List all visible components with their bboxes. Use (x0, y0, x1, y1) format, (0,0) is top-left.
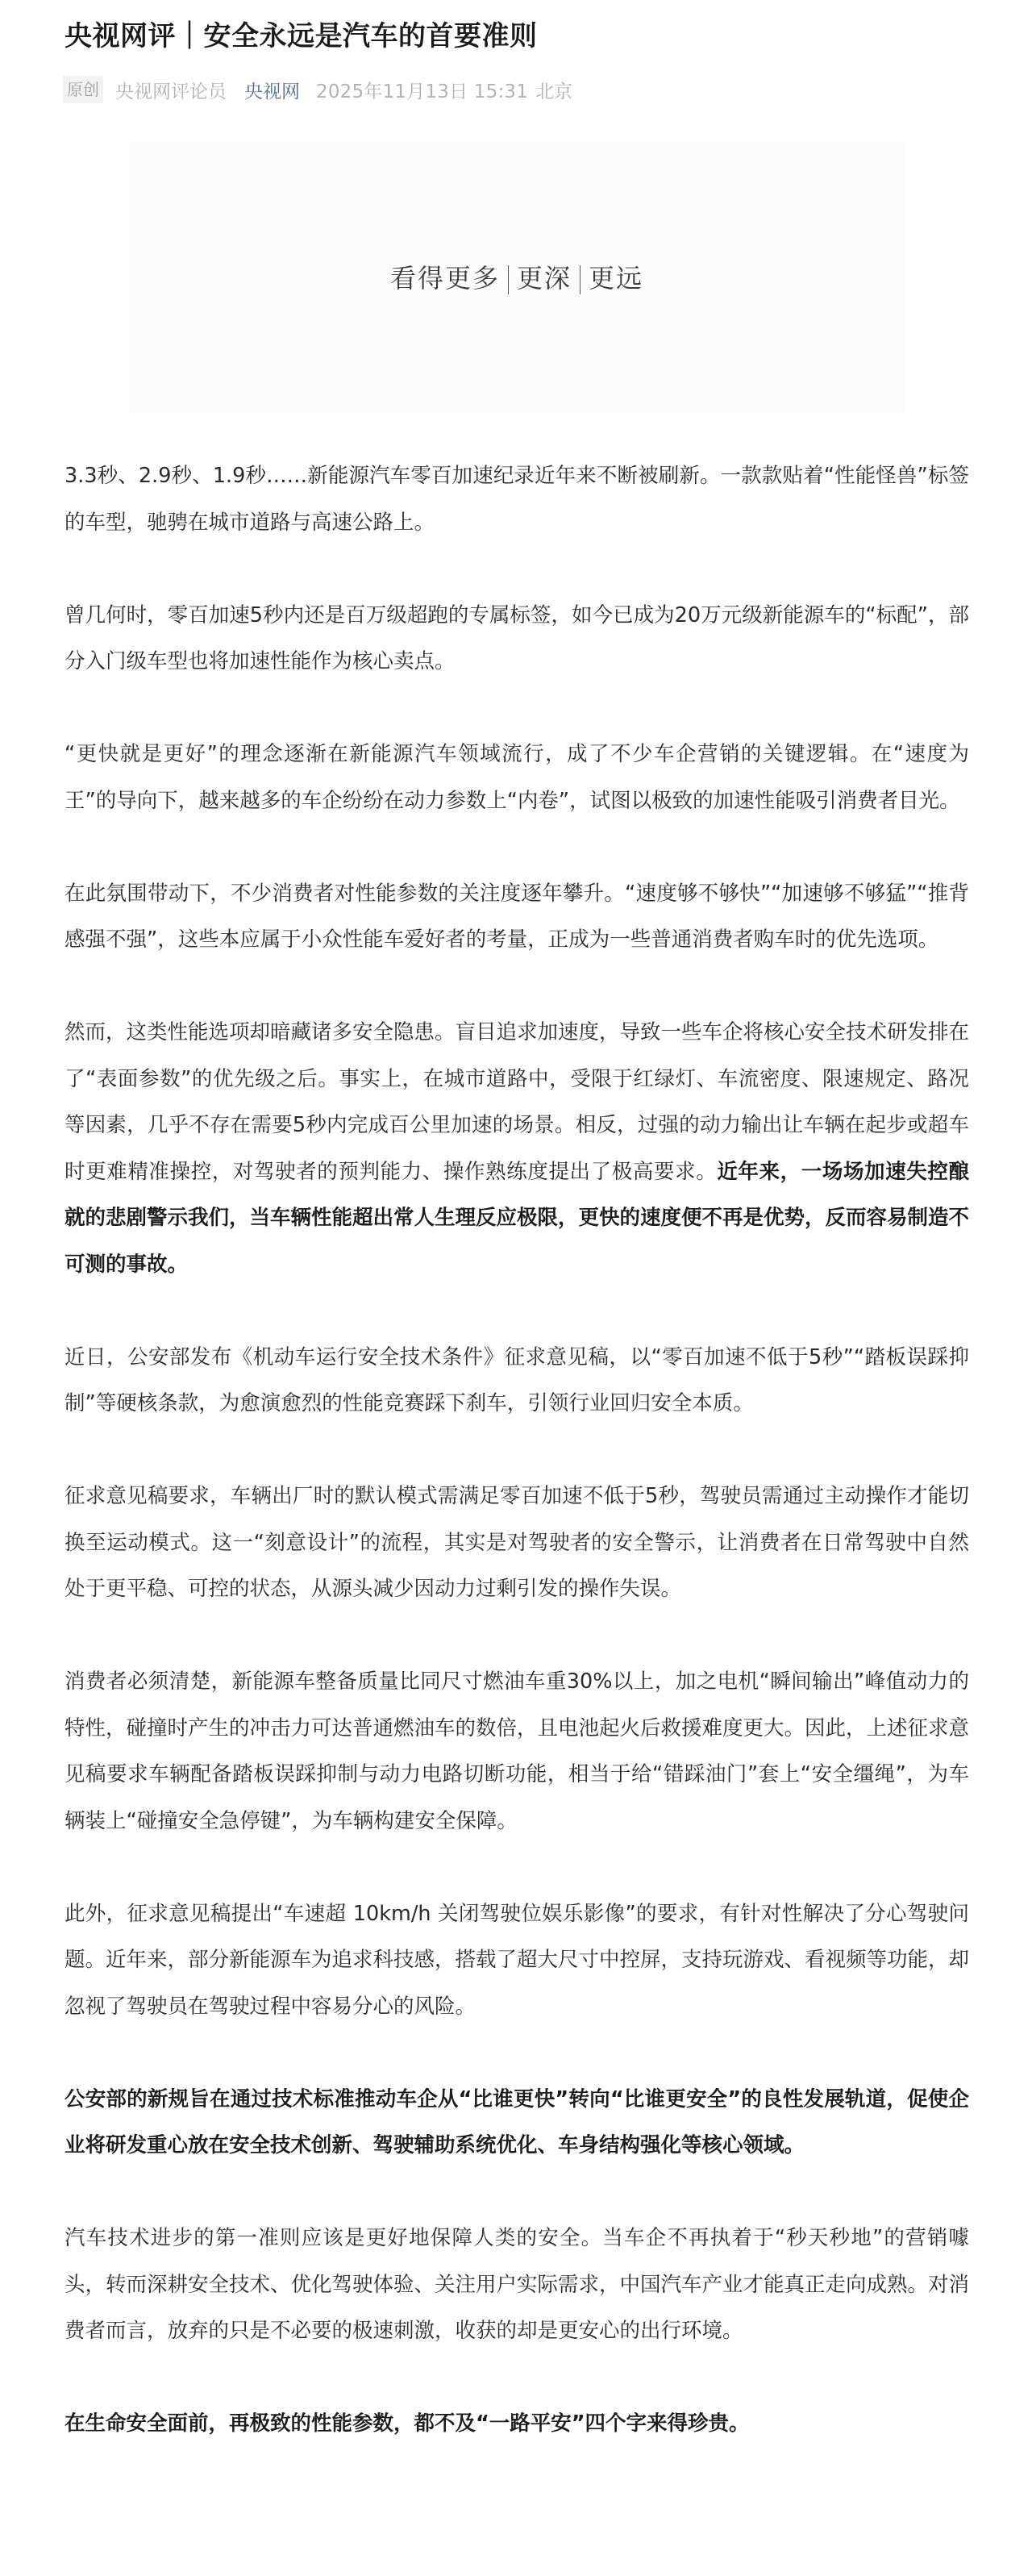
publish-location: 北京 (535, 77, 572, 103)
paragraph: 汽车技术进步的第一准则应该是更好地保障人类的安全。当车企不再执着于“秒天秒地”的… (64, 2215, 969, 2355)
source-account-link[interactable]: 央视网 (244, 77, 300, 103)
paragraph: 征求意见稿要求，车辆出厂时的默认模式需满足零百加速不低于5秒，驾驶员需通过主动操… (64, 1473, 969, 1613)
cover-image: 看得更多更深更远 (129, 141, 905, 413)
slogan-part: 看得更多 (390, 263, 500, 294)
article-meta: 原创 央视网评论员 央视网 2025年11月13日 15:31 北京 (63, 76, 572, 103)
paragraph: “更快就是更好”的理念逐渐在新能源汽车领域流行，成了不少车企营销的关键逻辑。在“… (64, 732, 969, 824)
article-title: 央视网评｜安全永远是汽车的首要准则 (64, 18, 538, 55)
slogan-divider (580, 265, 580, 294)
slogan-divider (508, 265, 509, 294)
cover-slogan: 看得更多更深更远 (390, 258, 643, 295)
publish-time: 2025年11月13日 15:31 (316, 77, 528, 103)
original-badge: 原创 (63, 76, 103, 103)
paragraph: 曾几何时，零百加速5秒内还是百万级超跑的专属标签，如今已成为20万元级新能源车的… (64, 593, 969, 686)
paragraph: 此外，征求意见稿提出“车速超 10km/h 关闭驾驶位娱乐影像”的要求，有针对性… (64, 1891, 969, 2031)
paragraph-bold: 公安部的新规旨在通过技术标准推动车企从“比谁更快”转向“比谁更安全”的良性发展轨… (64, 2077, 969, 2170)
paragraph: 近日，公安部发布《机动车运行安全技术条件》征求意见稿，以“零百加速不低于5秒”“… (64, 1335, 969, 1428)
paragraph: 消费者必须清楚，新能源车整备质量比同尺寸燃油车重30%以上，加之电机“瞬间输出”… (64, 1659, 969, 1844)
article-body: 3.3秒、2.9秒、1.9秒……新能源汽车零百加速纪录近年来不断被刷新。一款款贴… (64, 453, 969, 2494)
paragraph-bold: 在生命安全面前，再极致的性能参数，都不及“一路平安”四个字来得珍贵。 (64, 2401, 969, 2448)
paragraph: 在此氛围带动下，不少消费者对性能参数的关注度逐年攀升。“速度够不够快”“加速够不… (64, 871, 969, 964)
paragraph: 然而，这类性能选项却暗藏诸多安全隐患。盲目追求加速度，导致一些车企将核心安全技术… (64, 1010, 969, 1288)
author-name: 央视网评论员 (115, 77, 227, 103)
paragraph: 3.3秒、2.9秒、1.9秒……新能源汽车零百加速纪录近年来不断被刷新。一款款贴… (64, 453, 969, 546)
slogan-part: 更深 (517, 263, 572, 294)
slogan-part: 更远 (589, 263, 643, 294)
